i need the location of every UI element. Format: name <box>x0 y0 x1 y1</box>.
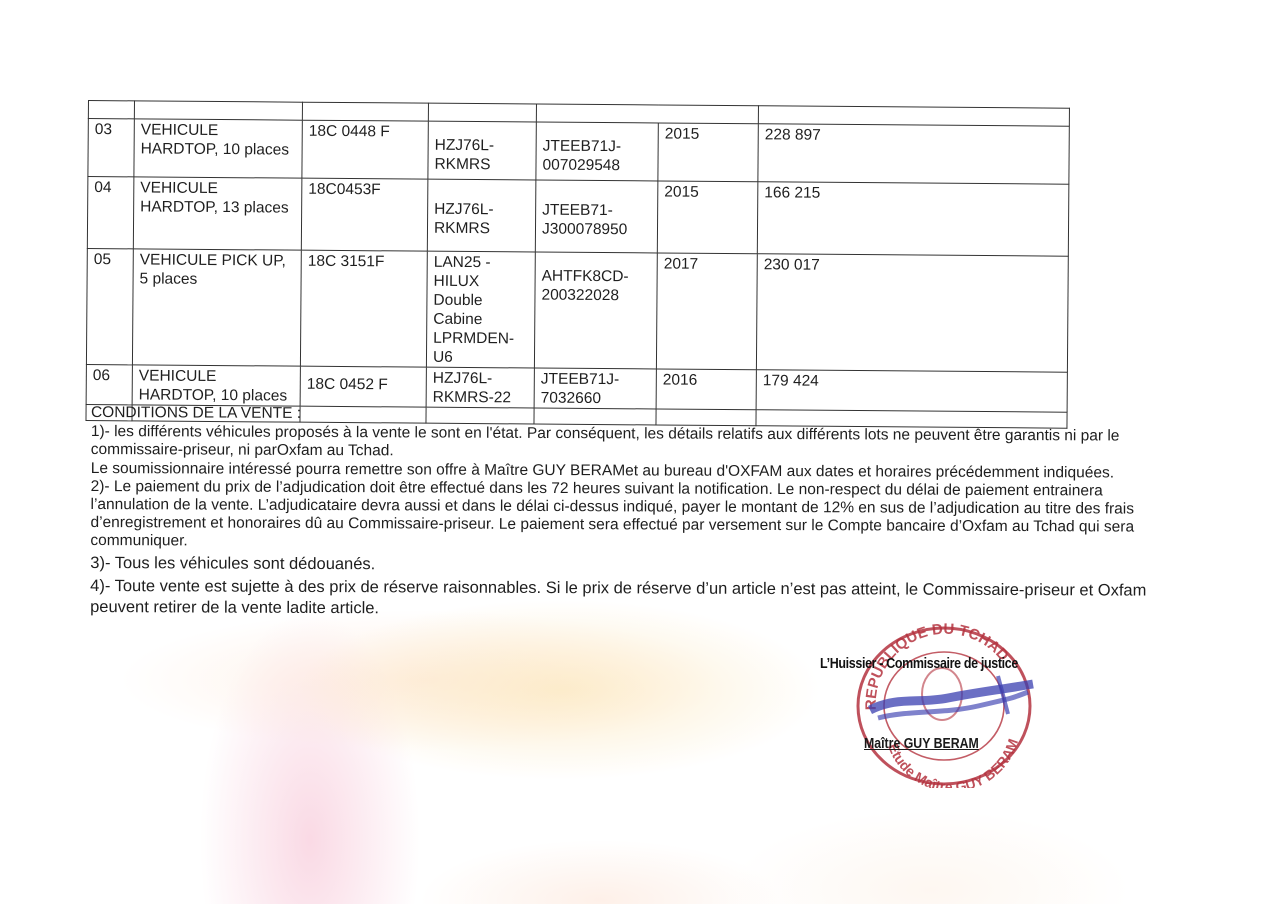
signer-name: Maître GUY BERAM <box>864 736 979 752</box>
lot-number: 03 <box>88 119 134 177</box>
header-cell <box>428 103 536 122</box>
lot-chassis: AHTFK8CD-200322028 <box>534 252 657 369</box>
table-row: 04 VEHICULE HARDTOP, 13 places 18C0453F … <box>87 177 1069 257</box>
lot-km: 230 017 <box>756 254 1068 372</box>
lot-km: 179 424 <box>756 370 1067 412</box>
lot-description: VEHICULE HARDTOP, 13 places <box>133 177 302 250</box>
condition-item-3: 3)- Tous les véhicules sont dédouanés. <box>90 553 1170 579</box>
lot-plate: 18C 0448 F <box>302 120 428 179</box>
lot-chassis: JTEEB71-J300078950 <box>535 180 658 253</box>
lot-plate: 18C0453F <box>301 178 428 251</box>
header-cell <box>88 101 134 119</box>
lot-model: HZJ76L-RKMRS-22 <box>426 367 534 408</box>
table-row: 05 VEHICULE PICK UP, 5 places 18C 3151F … <box>86 248 1068 372</box>
header-cell <box>302 102 428 121</box>
lot-chassis: JTEEB71J-007029548 <box>536 122 658 181</box>
condition-item-4: 4)- Toute vente est sujette à des prix d… <box>90 576 1170 623</box>
lot-year: 2015 <box>658 123 758 182</box>
header-cell <box>134 101 302 120</box>
lot-model: HZJ76L-RKMRS <box>428 121 536 180</box>
header-cell <box>536 104 758 124</box>
signature-title: L’Huissier - Commissaire de justice <box>820 656 1018 672</box>
lot-number: 06 <box>86 364 132 404</box>
vehicle-lots-table: 03 VEHICULE HARDTOP, 10 places 18C 0448 … <box>85 100 1069 429</box>
sale-conditions: CONDITIONS DE LA VENTE : 1)- les différe… <box>90 404 1171 622</box>
lot-km: 166 215 <box>757 182 1069 256</box>
lot-number: 05 <box>86 248 133 364</box>
lot-model: HZJ76L-RKMRS <box>427 179 536 252</box>
lot-plate: 18C 0452 F <box>300 366 426 407</box>
lot-description: VEHICULE HARDTOP, 10 places <box>132 365 300 406</box>
lot-chassis: JTEEB71J-7032660 <box>534 368 656 409</box>
table-row: 03 VEHICULE HARDTOP, 10 places 18C 0448 … <box>88 119 1069 185</box>
lot-year: 2016 <box>656 369 756 410</box>
condition-item-1: 1)- les différents véhicules proposés à … <box>91 423 1171 464</box>
lot-number: 04 <box>87 177 134 249</box>
lot-description: VEHICULE HARDTOP, 10 places <box>134 119 302 178</box>
lot-description: VEHICULE PICK UP, 5 places <box>132 249 301 366</box>
official-stamp-icon: REPUBLIQUE DU TCHAD Etude Maître GUY BER… <box>848 618 1038 788</box>
lot-plate: 18C 3151F <box>300 250 427 367</box>
lot-year: 2017 <box>656 253 757 370</box>
scanned-document-page: 03 VEHICULE HARDTOP, 10 places 18C 0448 … <box>0 0 1280 904</box>
lot-year: 2015 <box>657 181 758 254</box>
condition-item-2: 2)- Le paiement du prix de l’adjudicatio… <box>90 478 1170 556</box>
lot-model: LAN25 - HILUX Double Cabine LPRMDEN-U6 <box>426 251 535 368</box>
lot-km: 228 897 <box>758 124 1069 184</box>
